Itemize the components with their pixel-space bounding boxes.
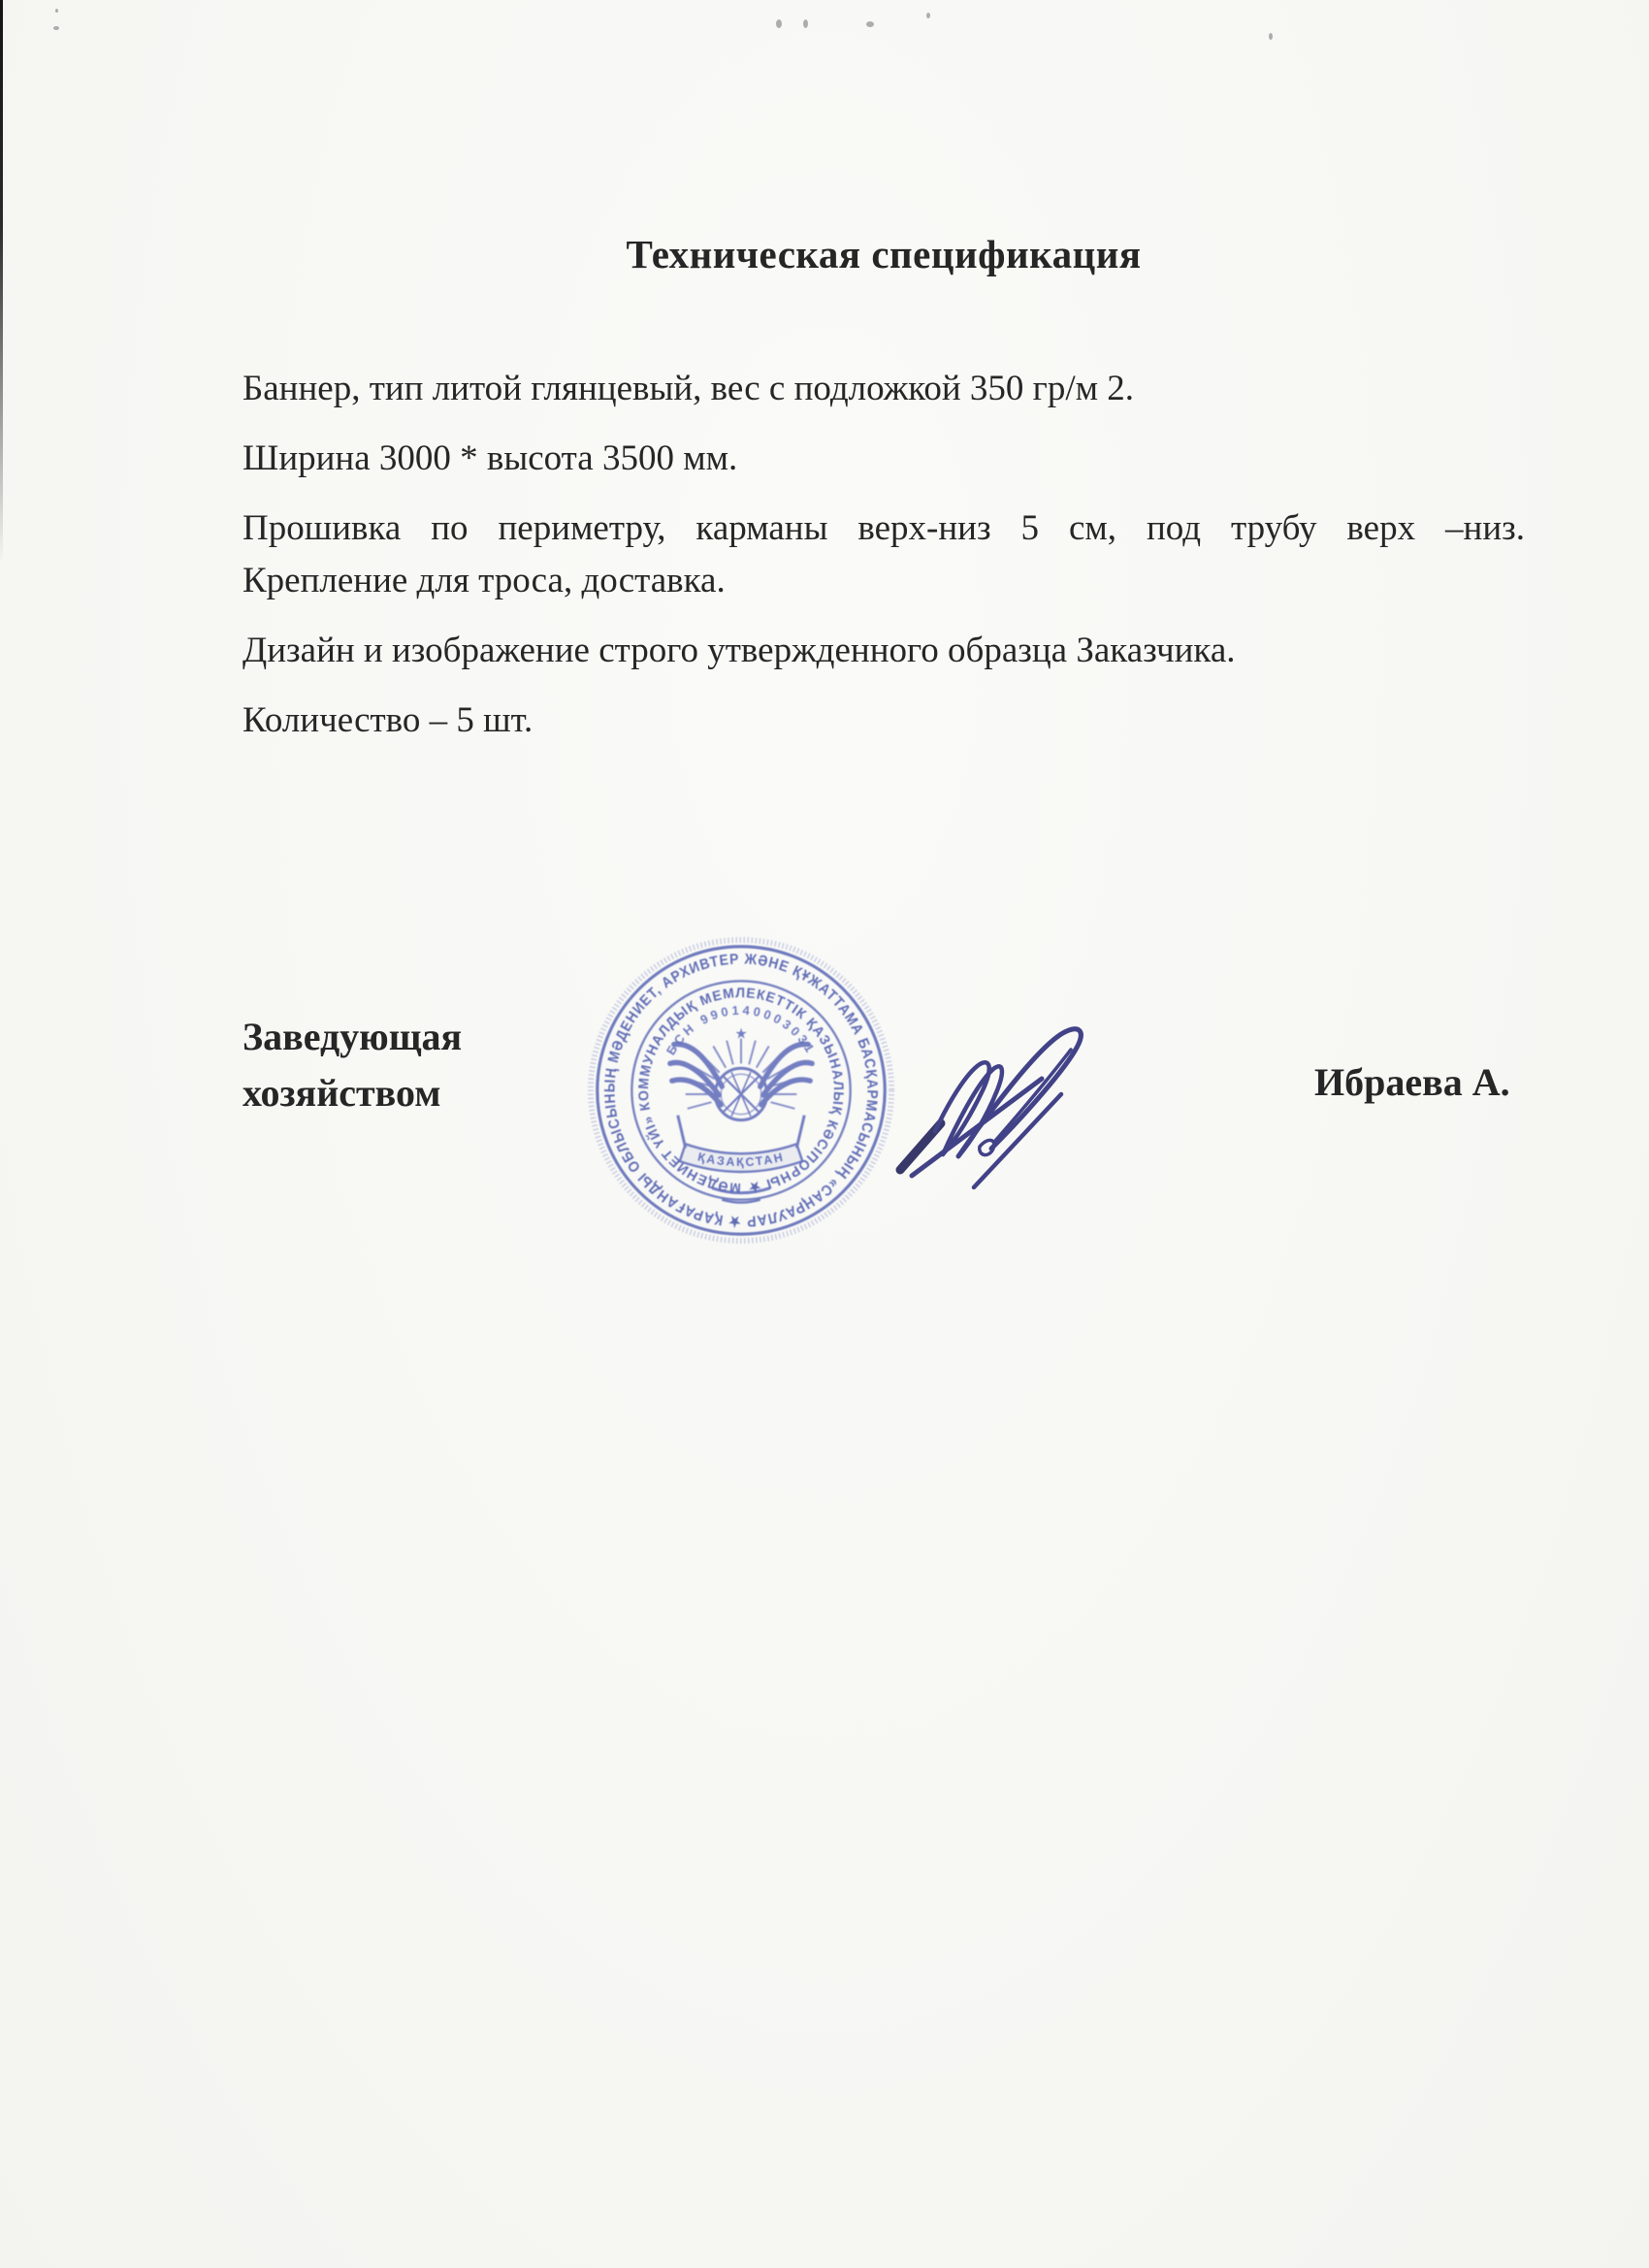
signature-stroke [980,1140,994,1154]
signature-stroke [912,1079,1042,1176]
scan-speck [776,19,782,28]
scan-speck [1269,33,1273,40]
signatory-position-line: хозяйством [242,1065,462,1121]
spec-paragraph-stitching: Прошивка по периметру, карманы верх-низ … [242,502,1525,607]
spec-text-line: Дизайн и изображение строго утвержденног… [242,625,1525,677]
spec-paragraph-quantity: Количество – 5 шт. [242,695,1525,747]
scan-speck [866,21,874,27]
scan-speck [53,26,59,30]
spec-text-line: Крепление для троса, доставка. [242,555,1525,607]
stamp-shanyrak [715,1068,766,1119]
scan-speck [55,9,58,13]
spec-paragraph-size: Ширина 3000 * высота 3500 мм. [242,433,1525,485]
spec-text-line: Баннер, тип литой глянцевый, вес с подло… [242,363,1525,415]
spec-text-line: Количество – 5 шт. [242,695,1525,747]
signatory-position-line: Заведующая [242,1009,462,1065]
spec-paragraph-design: Дизайн и изображение строго утвержденног… [242,625,1525,677]
scan-speck [926,13,930,18]
signatory-position: Заведующая хозяйством [242,1009,462,1121]
spec-text-line: Прошивка по периметру, карманы верх-низ … [242,502,1525,555]
signatory-name: Ибраева А. [1314,1059,1510,1105]
scan-edge-artifact [0,0,3,563]
spec-text-line: Ширина 3000 * высота 3500 мм. [242,433,1525,485]
spec-paragraph-banner: Баннер, тип литой глянцевый, вес с подло… [242,363,1525,415]
stamp-outer-rim [591,940,891,1241]
scan-speck [803,19,808,28]
handwritten-signature [871,997,1109,1191]
scanned-document-page: Техническая спецификация Баннер, тип лит… [0,0,1649,2268]
official-stamp: ★ ҚАРАҒАНДЫ ОБЛЫСЫНЫҢ МӘДЕНИЕТ, АРХИВТЕР… [578,927,904,1253]
page-title: Техническая спецификация [242,231,1525,277]
document-body: Техническая спецификация Баннер, тип лит… [242,231,1525,764]
